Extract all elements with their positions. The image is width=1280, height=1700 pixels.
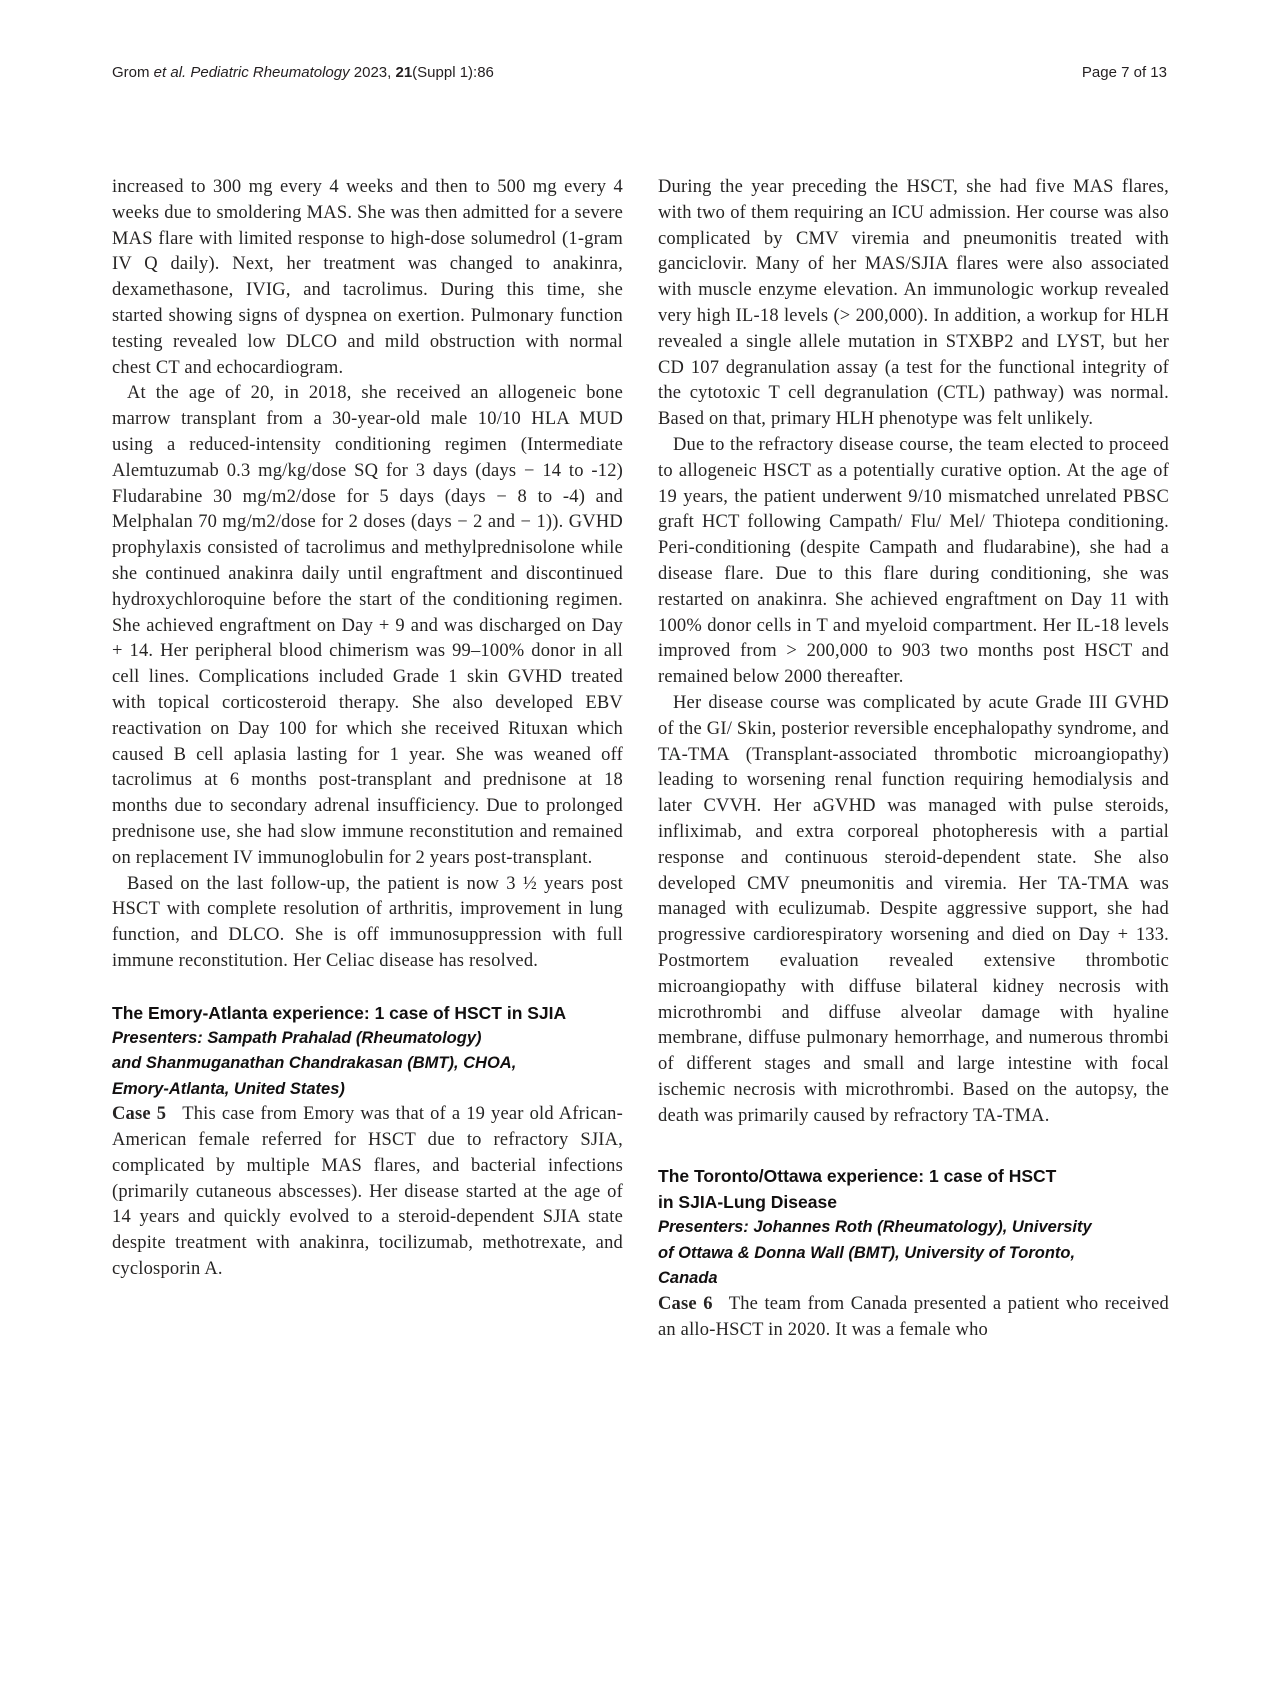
presenters-line: of Ottawa & Donna Wall (BMT), University… xyxy=(658,1241,1169,1267)
running-head: Grom et al. Pediatric Rheumatology 2023,… xyxy=(112,64,494,82)
paragraph: Her disease course was complicated by ac… xyxy=(658,691,1169,1130)
journal-page: Grom et al. Pediatric Rheumatology 2023,… xyxy=(0,0,1280,1700)
paragraph: At the age of 20, in 2018, she received … xyxy=(112,381,623,871)
section-heading: The Toronto/Ottawa experience: 1 case of… xyxy=(658,1163,1169,1215)
running-head-issue: (Suppl 1):86 xyxy=(412,64,494,81)
case-label: Case 6 xyxy=(658,1294,713,1314)
presenters-line: Canada xyxy=(658,1266,1169,1292)
paragraph: increased to 300 mg every 4 weeks and th… xyxy=(112,175,623,381)
presenters-line: and Shanmuganathan Chandrakasan (BMT), C… xyxy=(112,1051,623,1077)
case-paragraph: Case 5This case from Emory was that of a… xyxy=(112,1102,623,1283)
case-paragraph: Case 6The team from Canada presented a p… xyxy=(658,1292,1169,1344)
paragraph: During the year preceding the HSCT, she … xyxy=(658,175,1169,433)
case-text: The team from Canada presented a patient… xyxy=(658,1294,1169,1340)
page-header: Grom et al. Pediatric Rheumatology 2023,… xyxy=(0,0,1280,82)
presenters-line: Presenters: Johannes Roth (Rheumatology)… xyxy=(658,1215,1169,1241)
paragraph: Based on the last follow-up, the patient… xyxy=(112,872,623,975)
running-head-year: 2023, xyxy=(350,64,396,81)
presenters-block: Presenters: Sampath Prahalad (Rheumatolo… xyxy=(112,1026,623,1103)
presenters-line: Presenters: Sampath Prahalad (Rheumatolo… xyxy=(112,1026,623,1052)
case-text: This case from Emory was that of a 19 ye… xyxy=(112,1104,623,1279)
paragraph: Due to the refractory disease course, th… xyxy=(658,433,1169,691)
section-heading: The Emory-Atlanta experience: 1 case of … xyxy=(112,1000,623,1026)
column-right: During the year preceding the HSCT, she … xyxy=(658,175,1169,1344)
section-heading-line: The Toronto/Ottawa experience: 1 case of… xyxy=(658,1163,1169,1189)
article-body: increased to 300 mg every 4 weeks and th… xyxy=(112,175,1280,1344)
case-label: Case 5 xyxy=(112,1104,166,1124)
section-heading-line: in SJIA-Lung Disease xyxy=(658,1189,1169,1215)
running-head-journal-title: et al. Pediatric Rheumatology xyxy=(154,64,350,81)
presenters-line: Emory-Atlanta, United States) xyxy=(112,1077,623,1103)
running-head-volume: 21 xyxy=(395,64,412,81)
page-number-label: Page 7 of 13 xyxy=(1082,64,1167,82)
column-left: increased to 300 mg every 4 weeks and th… xyxy=(112,175,623,1344)
presenters-block: Presenters: Johannes Roth (Rheumatology)… xyxy=(658,1215,1169,1292)
running-head-author: Grom xyxy=(112,64,154,81)
